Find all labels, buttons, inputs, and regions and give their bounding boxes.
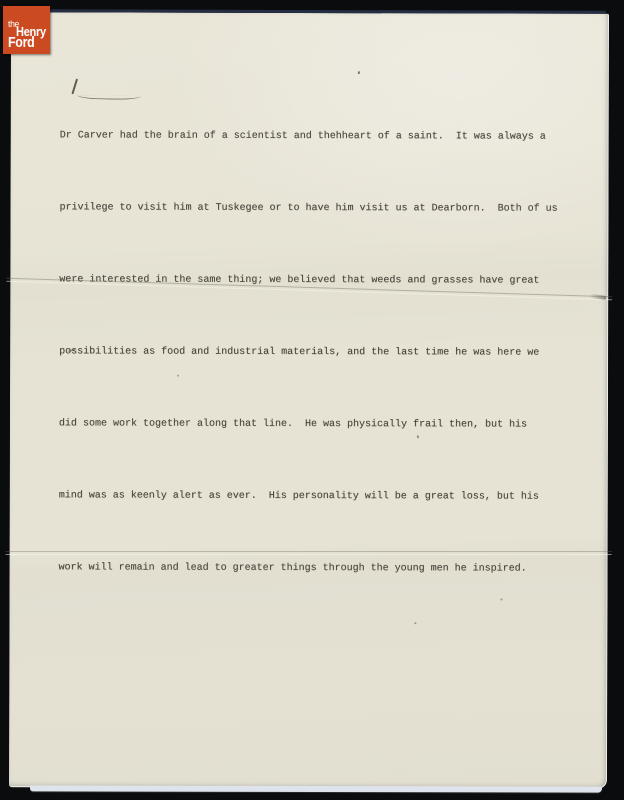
typed-line-7: work will remain and lead to greater thi…	[59, 556, 594, 581]
paper-speck	[414, 622, 416, 624]
page-top-edge	[29, 9, 606, 14]
henry-ford-logo: the Henry Ford	[3, 6, 50, 54]
document-page: Dr Carver had the brain of a scientist a…	[9, 12, 609, 789]
typed-line-4: possibilities as food and industrial mat…	[59, 340, 594, 365]
logo-word-ford: Ford	[8, 35, 34, 50]
paper-speck	[358, 71, 360, 74]
typed-line-1: Dr Carver had the brain of a scientist a…	[60, 124, 595, 149]
typed-line-5: did some work together along that line. …	[59, 412, 594, 437]
paper-speck	[417, 435, 419, 438]
paper-speck	[500, 599, 502, 601]
paper-speck	[177, 375, 179, 377]
scan-background: Dr Carver had the brain of a scientist a…	[0, 0, 624, 800]
typed-line-2: privilege to visit him at Tuskegee or to…	[59, 196, 594, 221]
fold-crease-lower	[6, 551, 612, 555]
typed-line-6: mind was as keenly alert as ever. His pe…	[59, 484, 594, 509]
page-bottom-edge	[30, 785, 602, 792]
typed-paragraph: Dr Carver had the brain of a scientist a…	[58, 76, 594, 629]
